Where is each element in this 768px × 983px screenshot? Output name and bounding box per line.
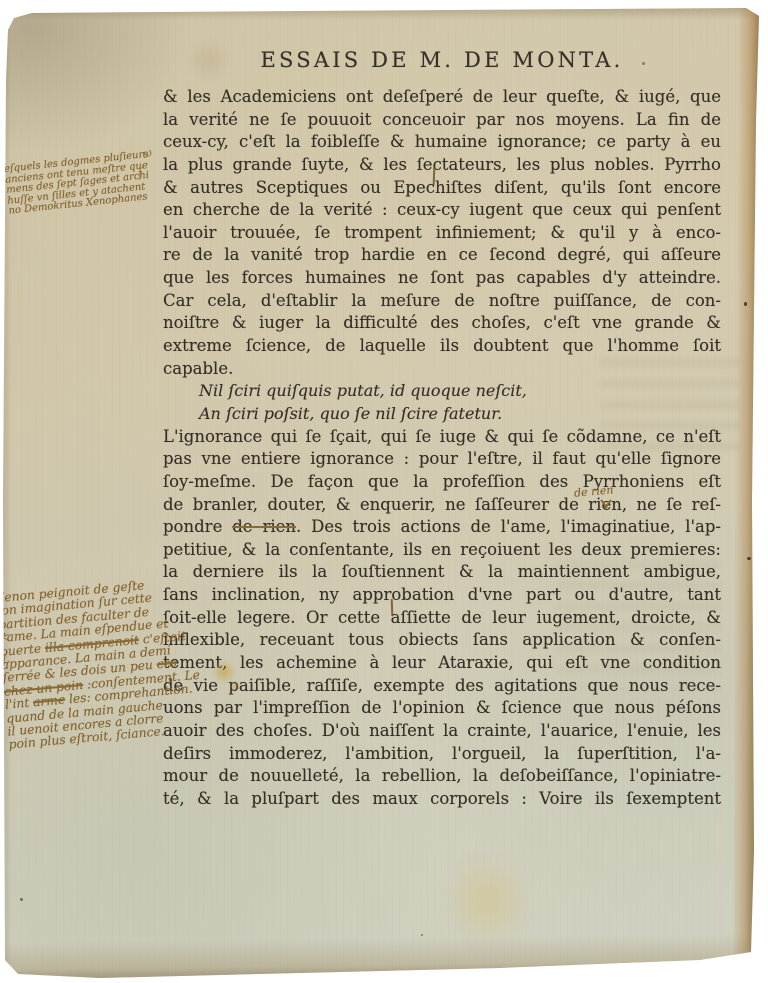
running-header: ESSAIS DE M. DE MONTA. [163, 48, 721, 72]
text-line: mour de nouuelleté, la rebellion, la deſ… [163, 765, 721, 788]
text-line: Nil ſciri quiſquis putat, id quoque neſc… [163, 380, 721, 403]
stray-ink-mark: < [0, 630, 10, 644]
scanned-photo-backdrop: ESSAIS DE M. DE MONTA. & les Academicien… [0, 0, 768, 983]
ink-speck [421, 934, 423, 936]
text-line: deſirs immoderez, l'ambition, l'orgueil,… [163, 743, 721, 766]
insertion-caret-icon [599, 503, 608, 512]
text-line: uons par l'impreſſion de l'opinion & ſci… [163, 697, 721, 720]
text-line: pas vne entiere ignorance : pour l'eſtre… [163, 448, 721, 471]
ink-speck [747, 557, 751, 560]
text-line: pondre de rien. Des trois actions de l'a… [163, 516, 721, 539]
printed-text: & les Academiciens ont deſeſperé de leur… [163, 86, 721, 811]
page-edge-bottom [2, 933, 754, 982]
text-line: extreme ſcience, de laquelle ils doubten… [163, 335, 721, 358]
text-line: en cherche de la verité : ceux-cy iugent… [163, 199, 721, 222]
page-edge-right [732, 6, 761, 956]
text-line: Car cela, d'eſtablir la meſure de noſtre… [163, 290, 721, 313]
text-line: noiſtre & iuger la difficulté des choſes… [163, 312, 721, 335]
text-line: L'ignorance qui ſe ſçait, qui ſe iuge & … [163, 426, 721, 449]
ink-speck [20, 898, 23, 901]
text-line: la verité ne ſe pouuoit conceuoir par no… [163, 109, 721, 132]
text-line: ceux-cy, c'eſt la foibleſſe & humaine ig… [163, 131, 721, 154]
text-line: re de la vanité trop hardie en ce ſecond… [163, 244, 721, 267]
text-line: capable. [163, 358, 721, 381]
text-line: de branler, douter, & enquerir, ne ſaſſe… [163, 494, 721, 517]
text-line: ſoy-meſme. De façon que la profeſſion de… [163, 471, 721, 494]
text-line: la derniere ils la ſouſtiennent & la mai… [163, 561, 721, 584]
text-line: auoir des choſes. D'où naiſſent la crain… [163, 720, 721, 743]
book-page: ESSAIS DE M. DE MONTA. & les Academicien… [0, 0, 768, 983]
text-line: ſans inclination, ny approbation d'vne p… [163, 584, 721, 607]
text-line: l'auoir trouuée, ſe trompent infiniement… [163, 222, 721, 245]
ink-speck [642, 62, 645, 65]
text-line: tement, les achemine à leur Ataraxie, qu… [163, 652, 721, 675]
text-line: inflexible, receuant tous obiects ſans a… [163, 629, 721, 652]
struck-out-text: de rien [232, 517, 296, 536]
text-line: An ſciri poſsit, quo ſe nil ſcire fatetu… [163, 403, 721, 426]
text-line: que les forces humaines ne ſont pas capa… [163, 267, 721, 290]
text-line: de vie paiſible, raſſiſe, exempte des ag… [163, 675, 721, 698]
text-line: petitiue, & la conſentante, ils en reçoi… [163, 539, 721, 562]
page-edge-top [0, 6, 762, 20]
marginal-note-bottom: Zenon peignoit de geſteſon imagination ſ… [0, 576, 191, 752]
ink-speck [744, 302, 747, 306]
text-line: & les Academiciens ont deſeſperé de leur… [163, 86, 721, 109]
text-line: la plus grande ſuyte, & les ſectateurs, … [163, 154, 721, 177]
text-line: & autres Sceptiques ou Epechiſtes diſent… [163, 177, 721, 200]
text-line: té, & la pluſpart des maux corporels : V… [163, 788, 721, 811]
text-line: ſoit-elle legere. Or cette aſſiette de l… [163, 607, 721, 630]
stray-ink-mark: L [2, 652, 10, 666]
